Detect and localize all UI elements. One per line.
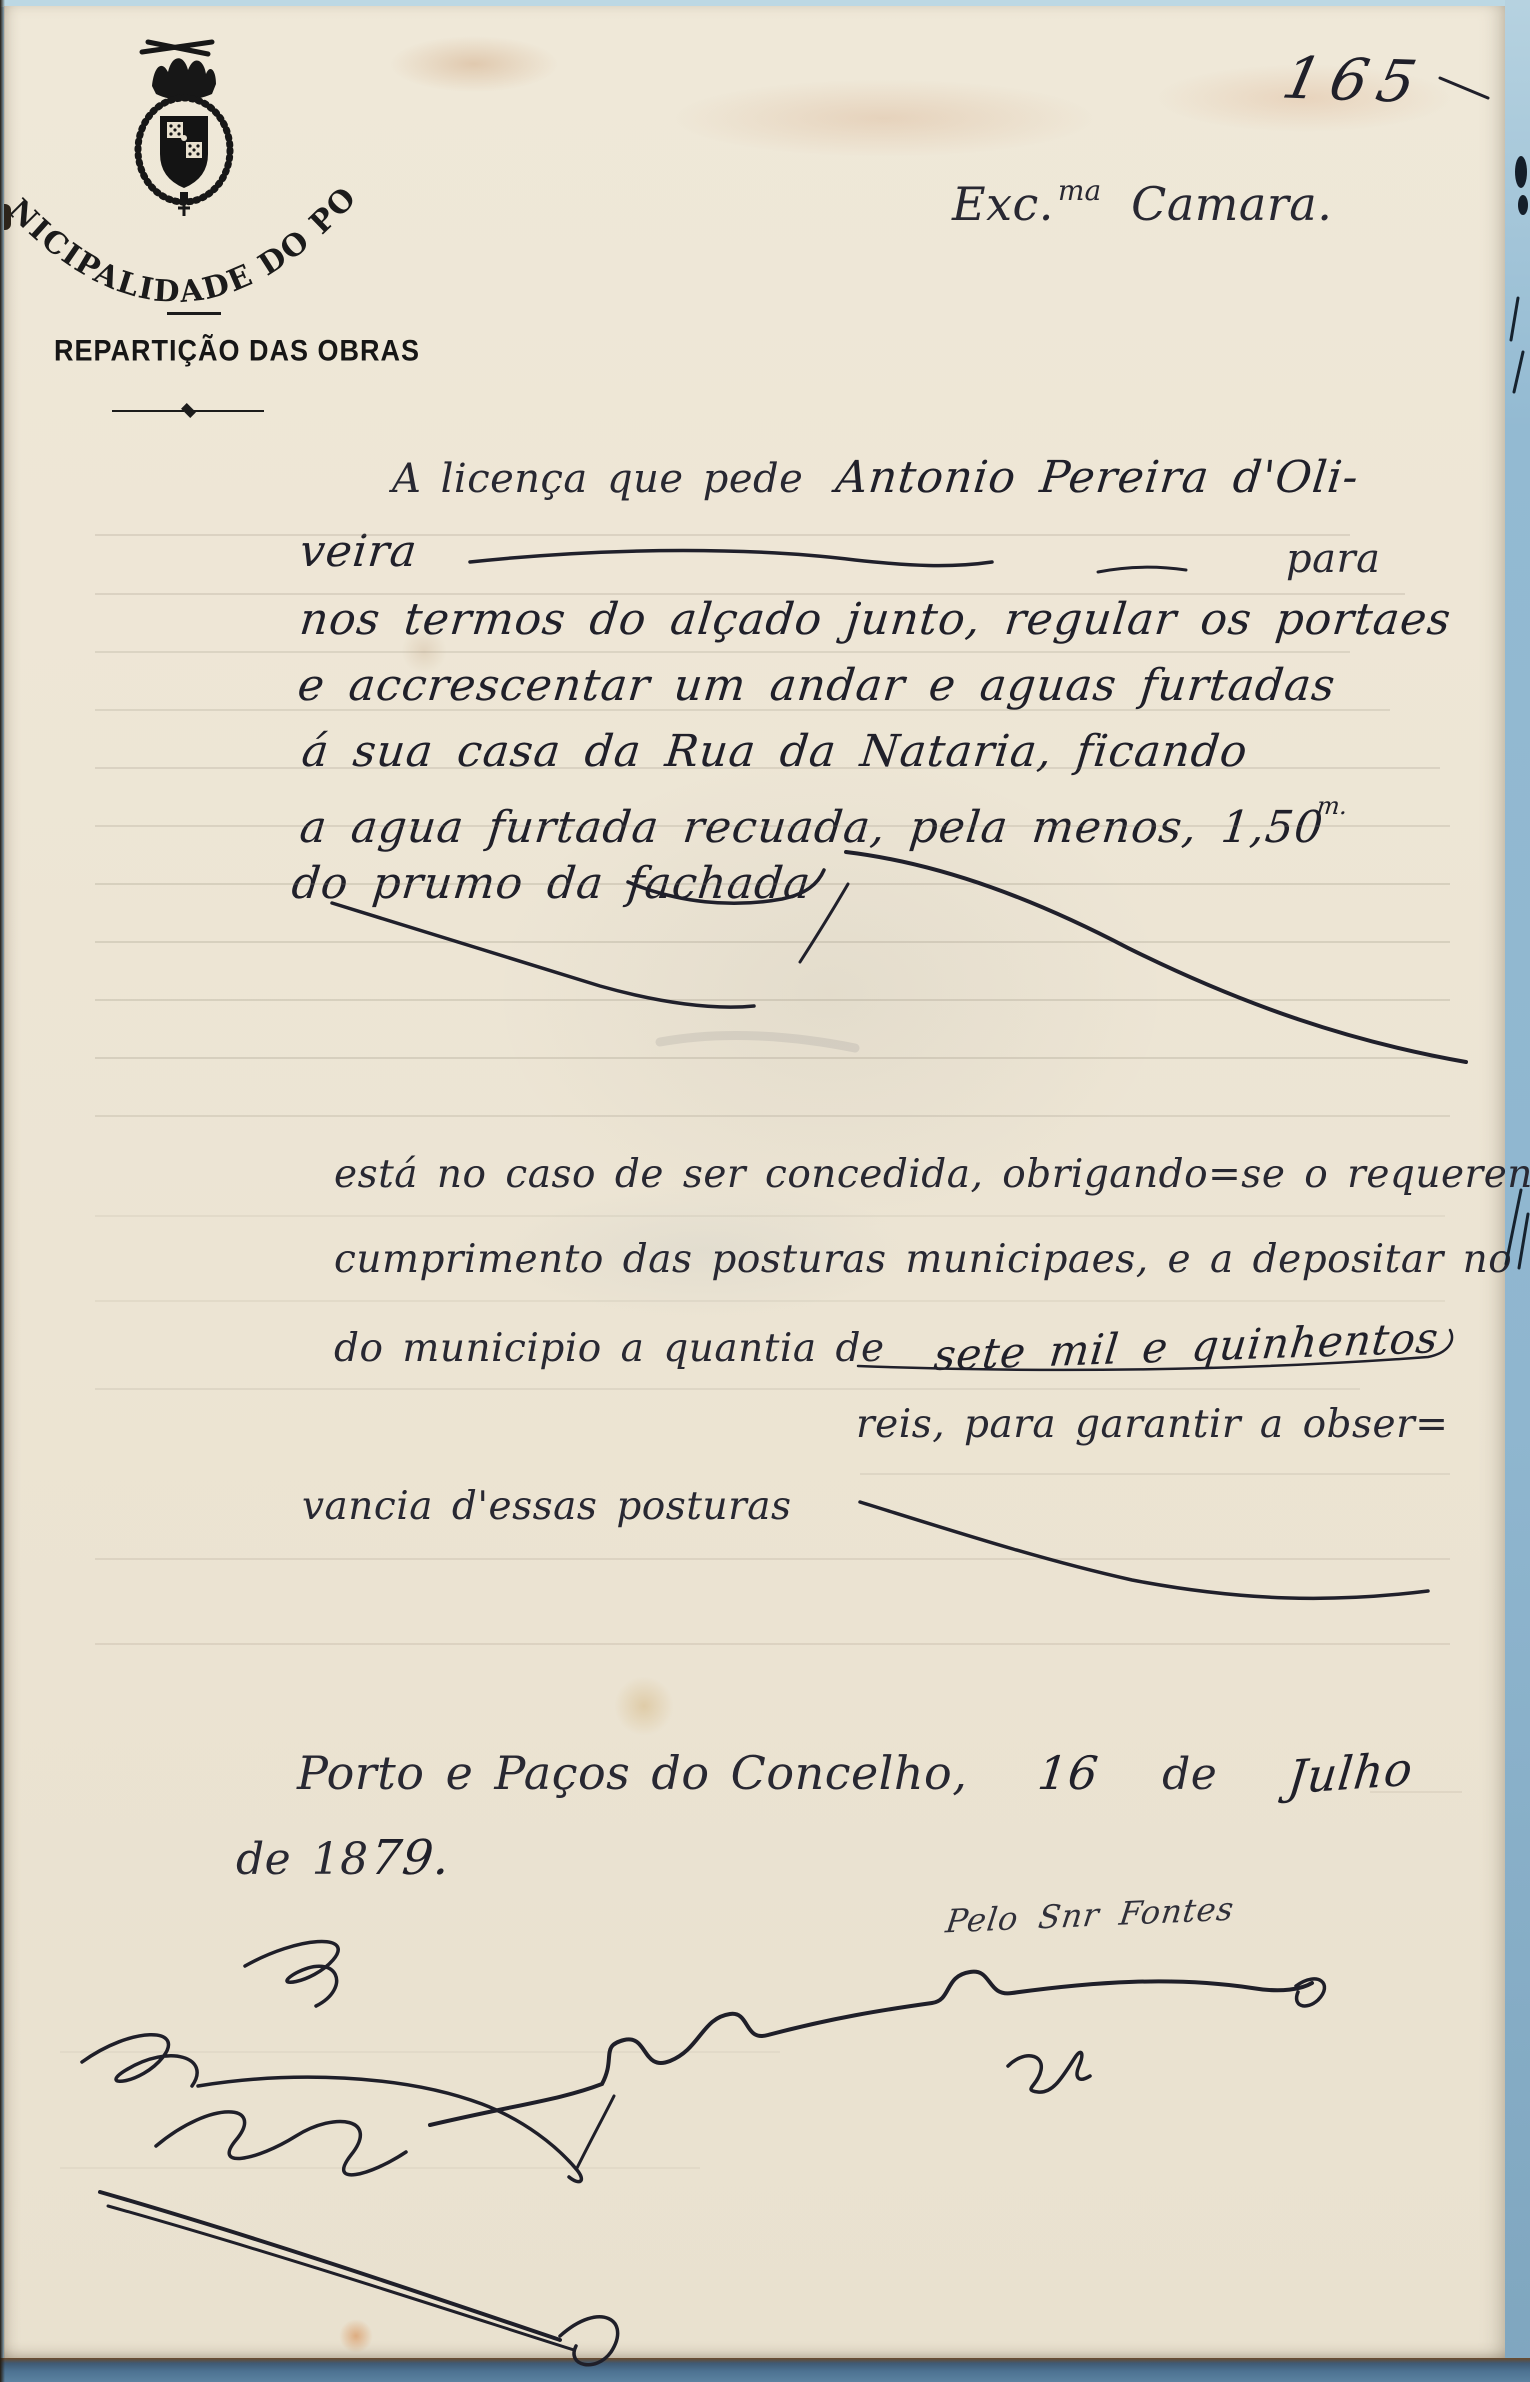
- printed-place-date: Porto e Paços do Concelho,: [297, 1746, 967, 1800]
- body-line-4: e accrescentar um andar e aguas furtadas: [295, 660, 1338, 711]
- flourish-stroke: [470, 551, 992, 566]
- page-number: 165: [1277, 44, 1432, 116]
- ink-mark: [1440, 78, 1488, 98]
- signature-stroke: [82, 2035, 197, 2086]
- decision-line-2: cumprimento das posturas municipaes, e a…: [334, 1237, 1530, 1282]
- printed-para: para: [1286, 536, 1380, 582]
- body-line-6: a agua furtada recuada, pela menos, 1,50…: [300, 792, 1348, 853]
- handwritten-year: 79.: [368, 1830, 453, 1886]
- body-line-2: veira: [297, 526, 420, 577]
- letterhead: MUNICIPALIDADE DO PORTO: [4, 32, 384, 377]
- handwritten-month: Julho: [1286, 1741, 1417, 1804]
- handwritten-applicant: Antonio Pereira d'Oli-: [834, 452, 1362, 503]
- signature-stroke: [108, 2206, 574, 2350]
- body-line-3: nos termos do alçado junto, regular os p…: [297, 594, 1453, 645]
- department-name: REPARTIÇÃO DAS OBRAS: [54, 335, 420, 368]
- letterhead-divider-diamond: [112, 404, 264, 417]
- printed-opening: A licença que pede: [392, 456, 803, 502]
- signature-stroke: [156, 2112, 406, 2175]
- handwritten-measure: a agua furtada recuada, pela menos, 1,50: [297, 802, 1326, 853]
- printed-year-prefix: de 18: [236, 1834, 369, 1885]
- body-line-7: do prumo da fachada: [289, 858, 813, 909]
- decision-line-3: do municipio a quantia de sete mil e qui…: [334, 1322, 1439, 1371]
- by-order-note: Pelo Snr Fontes: [944, 1890, 1237, 1941]
- decision-line-1: está no caso de ser concedida, obrigando…: [334, 1152, 1530, 1197]
- salutation-superscript: ma: [1058, 174, 1101, 207]
- printed-de: de: [1162, 1749, 1217, 1800]
- porto-coat-of-arms-icon: [138, 42, 230, 216]
- salutation-pre: Exc.: [952, 177, 1054, 231]
- signatures: [82, 1941, 1324, 2364]
- signature-stroke: [1296, 1979, 1324, 2006]
- body-line-5: á sua casa da Rua da Nataria, ficando: [299, 726, 1250, 777]
- meters-superscript: m.: [1316, 792, 1349, 820]
- letterhead-divider-top: [167, 312, 221, 315]
- divider-line: [112, 410, 184, 412]
- flourish-stroke: [1098, 567, 1186, 572]
- signature-stroke: [577, 2096, 614, 2168]
- decision-line-4: reis, para garantir a obser=: [856, 1402, 1448, 1447]
- printed-amount-label: do municipio a quantia de: [334, 1326, 885, 1371]
- document-scan: MUNICIPALIDADE DO PORTO REPARTIÇÃO DAS O…: [0, 0, 1530, 2382]
- body-line-1: A licença que pede Antonio Pereira d'Oli…: [392, 452, 1359, 503]
- ghost-bleedthrough: [660, 1035, 855, 1048]
- flourish-stroke: [860, 1502, 1428, 1598]
- decision-line-5: vancia d'essas posturas: [302, 1484, 791, 1529]
- flourish-stroke: [332, 903, 754, 1007]
- diamond-ornament: [181, 403, 196, 418]
- handwritten-day: 16: [1036, 1746, 1102, 1800]
- salutation: Exc.maCamara.: [952, 174, 1332, 231]
- flourish-stroke: [846, 852, 1466, 1062]
- dateline-year: de 1879.: [236, 1830, 450, 1886]
- signature-stroke: [245, 1941, 338, 2006]
- handwritten-amount: sete mil e quinhentos: [931, 1313, 1441, 1380]
- dateline: Porto e Paços do Concelho, 16 de Julho: [297, 1746, 1414, 1800]
- divider-line: [193, 410, 265, 412]
- signature-stroke: [198, 2077, 581, 2181]
- salutation-post: Camara.: [1131, 177, 1332, 231]
- signature-stroke: [430, 1972, 1312, 2125]
- binding-notch: [4, 204, 11, 230]
- scan-bed-bottom-edge: [0, 2358, 1530, 2382]
- signature-stroke: [1008, 2052, 1090, 2092]
- signature-stroke: [100, 2192, 560, 2340]
- document-page: MUNICIPALIDADE DO PORTO REPARTIÇÃO DAS O…: [4, 6, 1506, 2358]
